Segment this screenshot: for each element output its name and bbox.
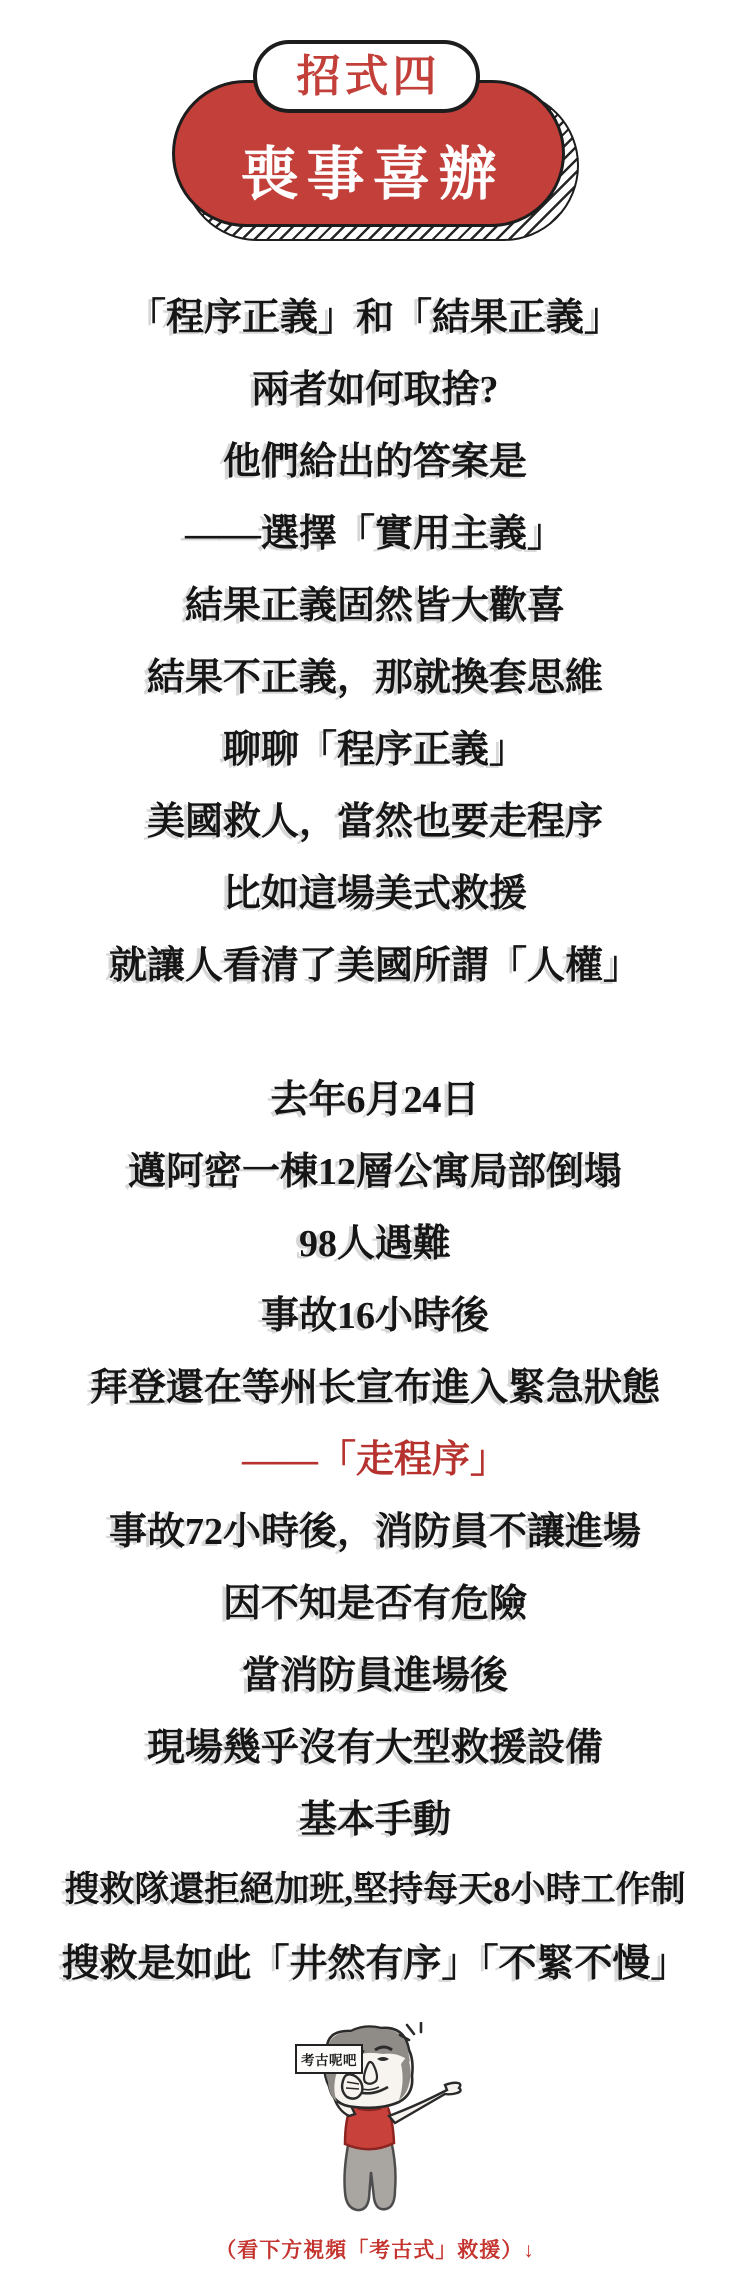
article-line: 事故16小時後 <box>0 1275 750 1347</box>
article-line: 拜登還在等州长宣布進入緊急狀態 <box>0 1347 750 1419</box>
meme-sign: 考古呢吧 <box>295 2044 363 2074</box>
video-hint-caption: （看下方視頻「考古式」救援）↓ <box>0 2233 750 2265</box>
meme-sign-text: 考古呢吧 <box>301 2049 357 2069</box>
article-line: 去年6月24日 <box>0 1059 750 1131</box>
anger-mark-icon <box>400 2023 421 2040</box>
article-line: 搜救是如此「井然有序」「不緊不慢」 <box>0 1923 750 1995</box>
article-line: 事故72小時後，消防員不讓進場 <box>0 1491 750 1563</box>
article-line: 基本手動 <box>0 1779 750 1851</box>
article-line: 邁阿密一棟12層公寓局部倒塌 <box>0 1131 750 1203</box>
article-line: 搜救隊還拒絕加班,堅持每天8小時工作制 <box>0 1851 750 1923</box>
badge-title: 喪事喜辦 <box>172 146 565 204</box>
article-line: 美國救人，當然也要走程序 <box>0 781 750 853</box>
section-gap <box>0 997 750 1059</box>
article-line: 就讓人看清了美國所謂「人權」 <box>0 925 750 997</box>
page: 招式四 喪事喜辦 「程序正義」和「結果正義」 兩者如何取捨? 他們給出的答案是 … <box>0 0 750 2290</box>
article-line-accent: ——「走程序」 <box>0 1419 750 1491</box>
article-line: 比如這場美式救援 <box>0 853 750 925</box>
article-line: 「程序正義」和「結果正義」 <box>0 277 750 349</box>
technique-number-label: 招式四 <box>293 55 441 99</box>
article-line: 現場幾乎沒有大型救援設備 <box>0 1707 750 1779</box>
article-line: 結果正義固然皆大歡喜 <box>0 565 750 637</box>
article-line: ——選擇「實用主義」 <box>0 493 750 565</box>
article-body: 「程序正義」和「結果正義」 兩者如何取捨? 他們給出的答案是 ——選擇「實用主義… <box>0 277 750 1995</box>
article-line: 因不知是否有危險 <box>0 1563 750 1635</box>
article-line: 當消防員進場後 <box>0 1635 750 1707</box>
meme-figure: 考古呢吧 <box>287 2022 463 2218</box>
article-line: 聊聊「程序正義」 <box>0 709 750 781</box>
technique-number-pill: 招式四 <box>253 40 480 113</box>
technique-badge: 招式四 喪事喜辦 <box>165 38 585 250</box>
article-line: 98人遇難 <box>0 1203 750 1275</box>
article-line: 結果不正義，那就換套思維 <box>0 637 750 709</box>
article-line: 兩者如何取捨? <box>0 349 750 421</box>
article-line: 他們給出的答案是 <box>0 421 750 493</box>
